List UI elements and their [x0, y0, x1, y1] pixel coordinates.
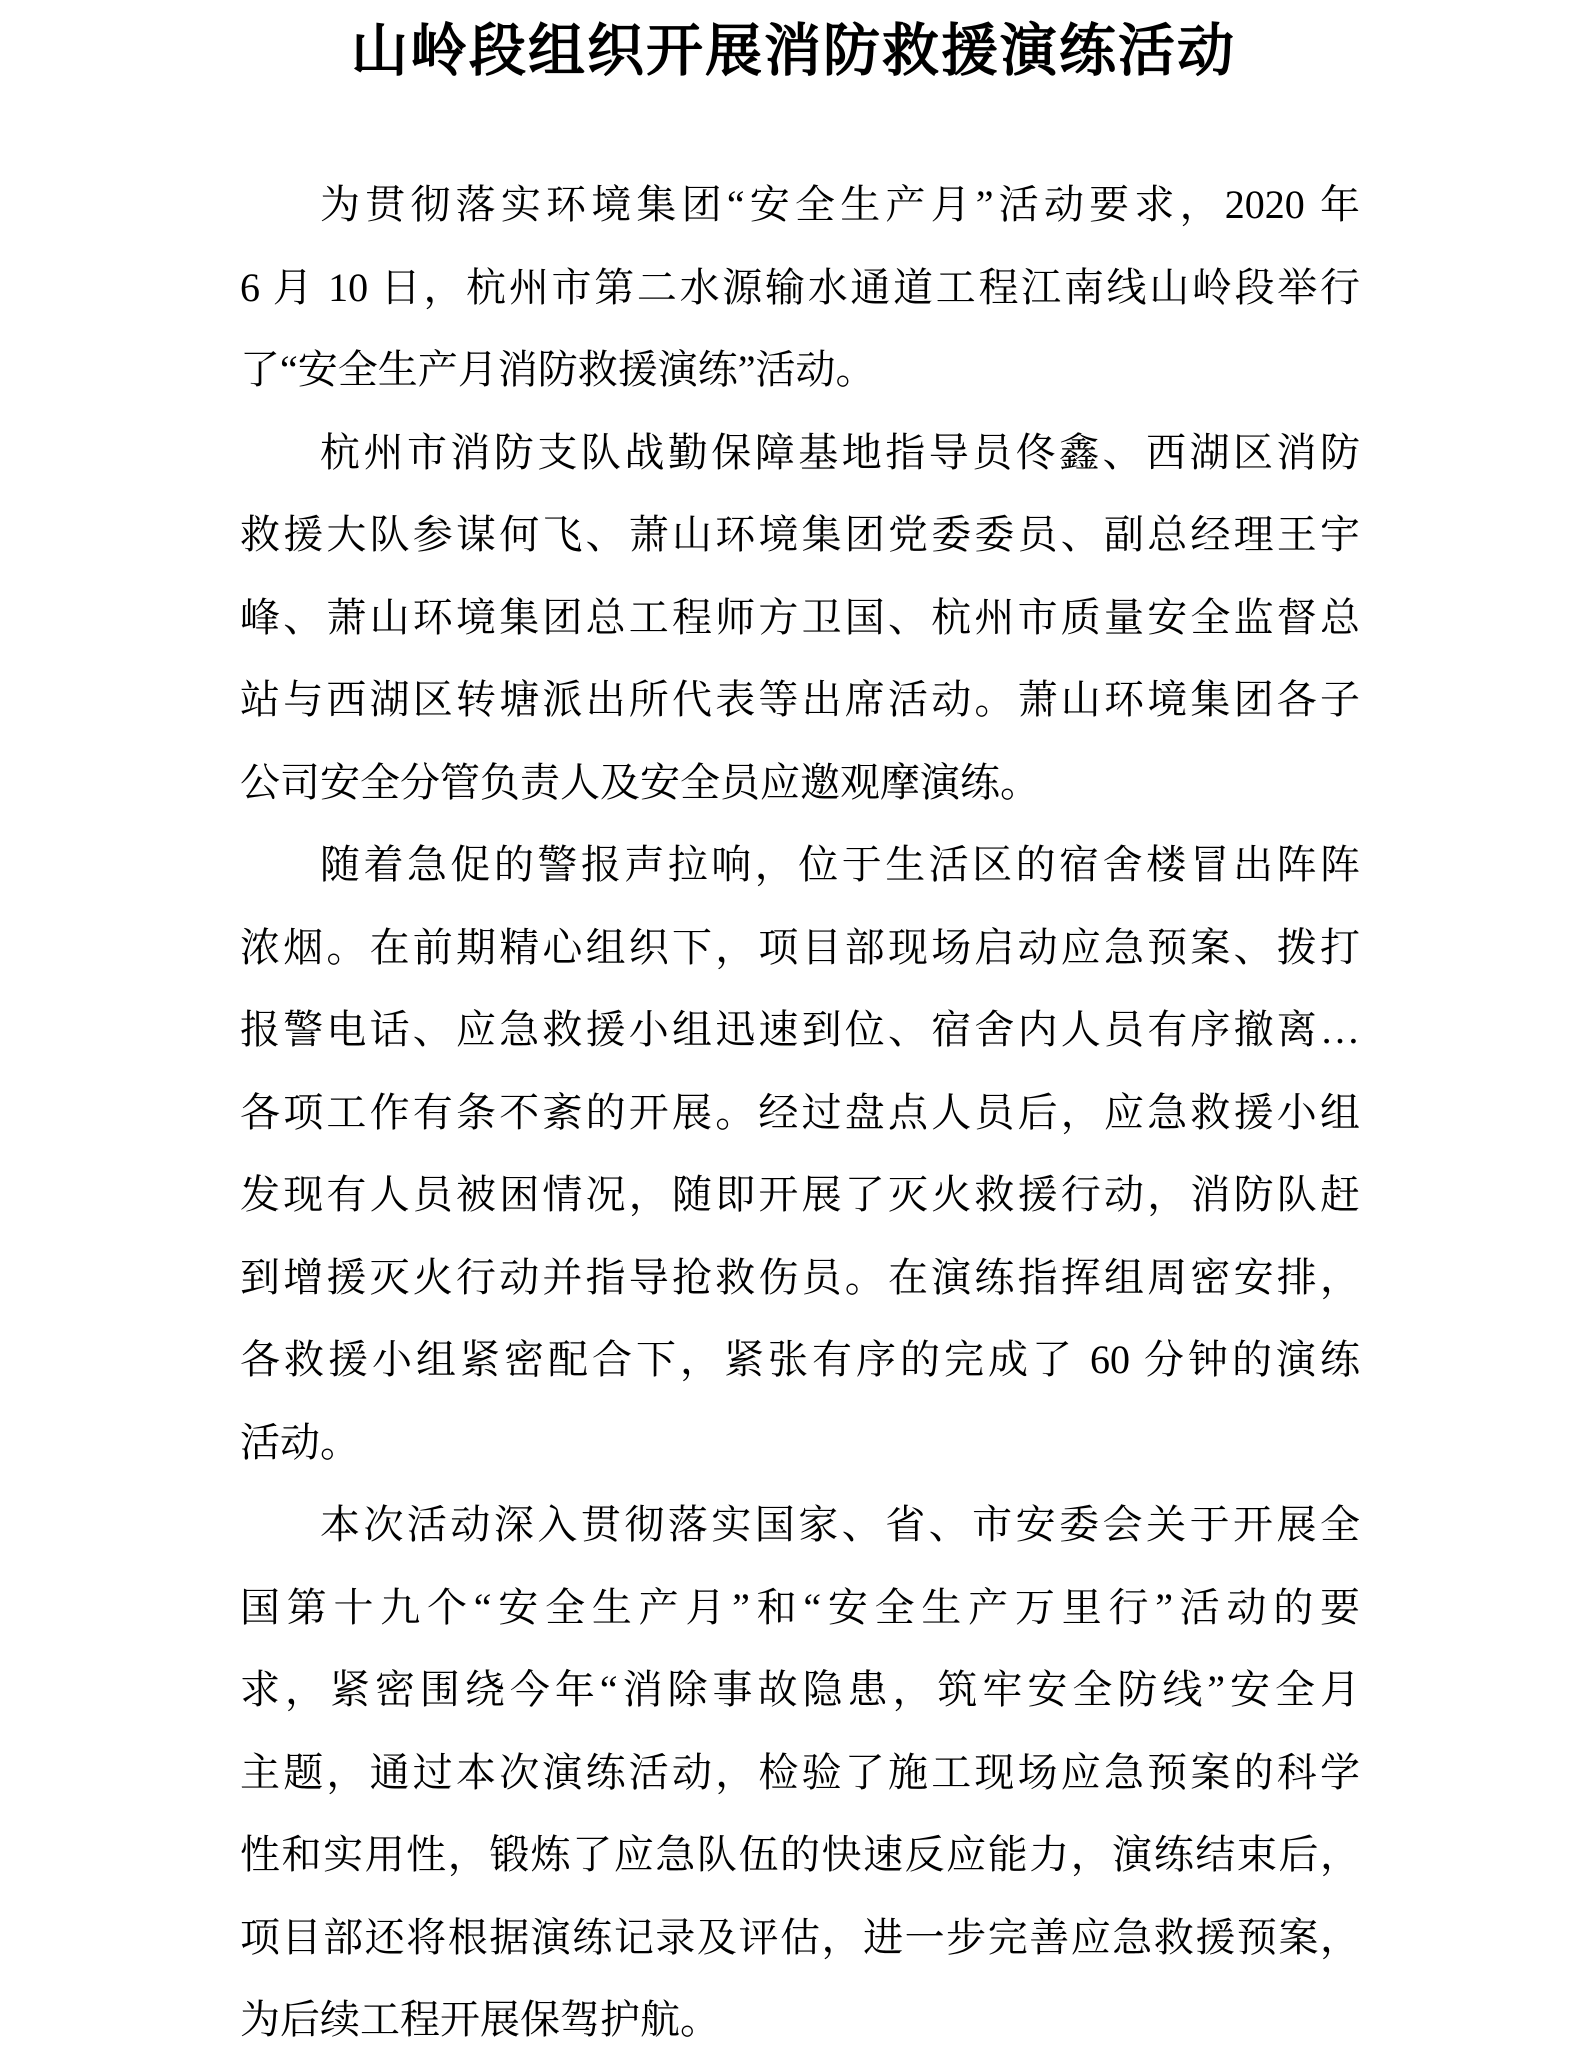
- text-line: 为贯彻落实环境集团“安全生产月”活动要求，2020 年: [240, 164, 1360, 247]
- text-line: 活动。: [240, 1402, 1360, 1485]
- paragraph-2: 杭州市消防支队战勤保障基地指导员佟鑫、西湖区消防 救援大队参谋何飞、萧山环境集团…: [240, 412, 1360, 825]
- text-line: 国第十九个“安全生产月”和“安全生产万里行”活动的要: [240, 1567, 1360, 1650]
- text-line: 求，紧密围绕今年“消除事故隐患，筑牢安全防线”安全月: [240, 1649, 1360, 1732]
- text-line: 各项工作有条不紊的开展。经过盘点人员后，应急救援小组: [240, 1072, 1360, 1155]
- text-line: 随着急促的警报声拉响，位于生活区的宿舍楼冒出阵阵: [240, 824, 1360, 907]
- text-line: 报警电话、应急救援小组迅速到位、宿舍内人员有序撤离…: [240, 989, 1360, 1072]
- text-line: 为后续工程开展保驾护航。: [240, 1979, 1360, 2058]
- page-title: 山岭段组织开展消防救援演练活动: [0, 0, 1587, 90]
- text-line: 站与西湖区转塘派出所代表等出席活动。萧山环境集团各子: [240, 659, 1360, 742]
- text-line: 浓烟。在前期精心组织下，项目部现场启动应急预案、拨打: [240, 907, 1360, 990]
- paragraph-3: 随着急促的警报声拉响，位于生活区的宿舍楼冒出阵阵 浓烟。在前期精心组织下，项目部…: [240, 824, 1360, 1484]
- text-line: 发现有人员被困情况，随即开展了灭火救援行动，消防队赶: [240, 1154, 1360, 1237]
- text-line: 项目部还将根据演练记录及评估，进一步完善应急救援预案，: [240, 1897, 1360, 1980]
- text-line: 各救援小组紧密配合下，紧张有序的完成了 60 分钟的演练: [240, 1319, 1360, 1402]
- paragraph-1: 为贯彻落实环境集团“安全生产月”活动要求，2020 年 6 月 10 日，杭州市…: [240, 164, 1360, 412]
- text-line: 本次活动深入贯彻落实国家、省、市安委会关于开展全: [240, 1484, 1360, 1567]
- text-line: 救援大队参谋何飞、萧山环境集团党委委员、副总经理王宇: [240, 494, 1360, 577]
- text-line: 公司安全分管负责人及安全员应邀观摩演练。: [240, 742, 1360, 825]
- text-line: 到增援灭火行动并指导抢救伤员。在演练指挥组周密安排，: [240, 1237, 1360, 1320]
- text-line: 杭州市消防支队战勤保障基地指导员佟鑫、西湖区消防: [240, 412, 1360, 495]
- text-line: 主题，通过本次演练活动，检验了施工现场应急预案的科学: [240, 1732, 1360, 1815]
- paragraph-4: 本次活动深入贯彻落实国家、省、市安委会关于开展全 国第十九个“安全生产月”和“安…: [240, 1484, 1360, 2058]
- document-page: 山岭段组织开展消防救援演练活动 为贯彻落实环境集团“安全生产月”活动要求，202…: [0, 0, 1587, 2058]
- text-line: 性和实用性，锻炼了应急队伍的快速反应能力，演练结束后，: [240, 1814, 1360, 1897]
- text-line: 6 月 10 日，杭州市第二水源输水通道工程江南线山岭段举行: [240, 247, 1360, 330]
- text-line: 峰、萧山环境集团总工程师方卫国、杭州市质量安全监督总: [240, 577, 1360, 660]
- document-body: 为贯彻落实环境集团“安全生产月”活动要求，2020 年 6 月 10 日，杭州市…: [240, 164, 1360, 2058]
- text-line: 了“安全生产月消防救援演练”活动。: [240, 329, 1360, 412]
